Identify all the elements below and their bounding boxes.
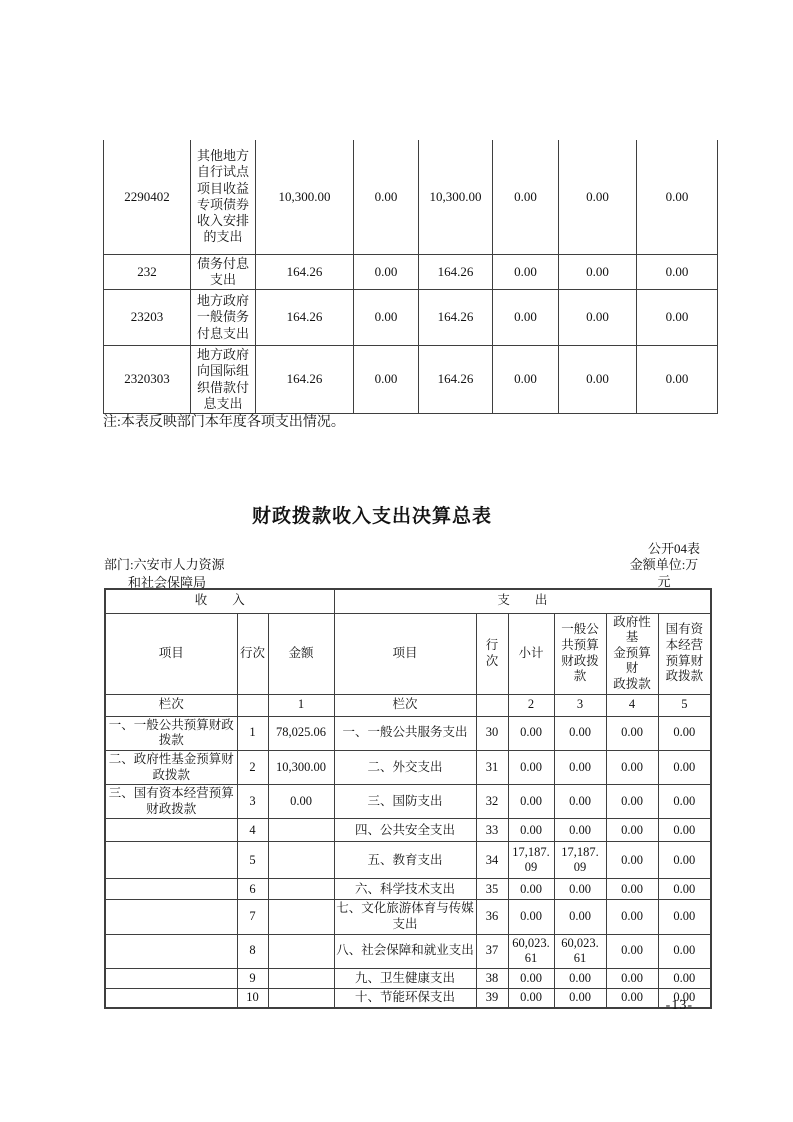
value-cell: 0.00 [559,290,637,346]
value-cell: 164.26 [256,346,354,414]
general-budget-header: 一般公 共预算 财政拨 款 [554,613,606,694]
income-line-cell: 5 [237,842,268,879]
subtotal-cell: 0.00 [508,716,554,750]
state-capital-cell: 0.00 [658,842,711,879]
income-item-cell: 一、一般公共预算财政 拨款 [105,716,237,750]
table-row: 232 债务付息 支出 164.26 0.00 164.26 0.00 0.00… [104,254,718,290]
income-line-cell: 1 [237,716,268,750]
amount-unit-label: 金额单位:万 元 [623,556,705,590]
page-number: -13- [666,998,693,1014]
state-capital-cell: 0.00 [658,879,711,900]
item-name-cell: 地方政府 向国际组 织借款付 息支出 [191,346,256,414]
value-cell: 0.00 [637,346,718,414]
expense-item-cell: 三、国防支出 [334,785,476,819]
income-amount-cell [268,879,334,900]
value-cell: 0.00 [493,290,559,346]
expense-line-cell: 30 [476,716,508,750]
expense-item-index: 栏次 [334,694,476,716]
general-budget-cell: 0.00 [554,879,606,900]
subtotal-cell: 0.00 [508,819,554,842]
value-cell: 0.00 [559,254,637,290]
gov-fund-header: 政府性基 金预算财 政拨款 [606,613,658,694]
income-amount-cell: 10,300.00 [268,750,334,784]
general-budget-cell: 60,023. 61 [554,934,606,968]
value-cell: 0.00 [354,346,419,414]
subtotal-cell: 0.00 [508,900,554,934]
expense-line-cell: 36 [476,900,508,934]
subtotal-index: 2 [508,694,554,716]
general-budget-cell: 0.00 [554,716,606,750]
income-item-cell [105,900,237,934]
page-title: 财政拨款收入支出决算总表 [104,501,710,528]
gov-fund-cell: 0.00 [606,785,658,819]
income-line-cell: 8 [237,934,268,968]
state-capital-cell: 0.00 [658,819,711,842]
value-cell: 0.00 [493,346,559,414]
state-capital-cell: 0.00 [658,900,711,934]
department-label: 部门:六安市人力资源 和社会保障局 [104,556,225,592]
table-row: 7 七、文化旅游体育与传媒 支出 36 0.00 0.00 0.00 0.00 [105,900,711,934]
income-amount-cell [268,988,334,1008]
value-cell: 0.00 [354,254,419,290]
income-item-header: 项目 [105,613,237,694]
income-item-cell [105,842,237,879]
income-line-cell: 9 [237,968,268,988]
expense-line-index [476,694,508,716]
expense-item-cell: 七、文化旅游体育与传媒 支出 [334,900,476,934]
column-header-row: 项目 行次 金额 项目 行 次 小计 一般公 共预算 财政拨 款 政府性基 金预… [105,613,711,694]
expense-line-cell: 35 [476,879,508,900]
income-line-header: 行次 [237,613,268,694]
expense-line-cell: 38 [476,968,508,988]
expense-line-cell: 37 [476,934,508,968]
general-budget-cell: 17,187. 09 [554,842,606,879]
expense-item-cell: 八、社会保障和就业支出 [334,934,476,968]
gov-fund-cell: 0.00 [606,879,658,900]
column-index-row: 栏次 1 栏次 2 3 4 5 [105,694,711,716]
value-cell: 0.00 [559,346,637,414]
table-row: 8 八、社会保障和就业支出 37 60,023. 61 60,023. 61 0… [105,934,711,968]
subtotal-cell: 0.00 [508,750,554,784]
income-item-cell [105,988,237,1008]
table-row: 一、一般公共预算财政 拨款 1 78,025.06 一、一般公共服务支出 30 … [105,716,711,750]
income-amount-cell [268,968,334,988]
subtotal-cell: 0.00 [508,879,554,900]
document-page: 2290402 其他地方 自行试点 项目收益 专项债券 收入安排 的支出 10,… [0,0,793,1122]
item-name-cell: 债务付息 支出 [191,254,256,290]
value-cell: 0.00 [637,254,718,290]
subtotal-cell: 17,187. 09 [508,842,554,879]
value-cell: 0.00 [559,140,637,254]
value-cell: 0.00 [354,290,419,346]
expense-item-cell: 六、科学技术支出 [334,879,476,900]
table-row: 5 五、教育支出 34 17,187. 09 17,187. 09 0.00 0… [105,842,711,879]
expense-line-cell: 31 [476,750,508,784]
expense-item-cell: 五、教育支出 [334,842,476,879]
gov-fund-cell: 0.00 [606,750,658,784]
income-line-cell: 3 [237,785,268,819]
value-cell: 10,300.00 [256,140,354,254]
subtotal-cell: 0.00 [508,785,554,819]
general-budget-cell: 0.00 [554,750,606,784]
subtotal-cell: 60,023. 61 [508,934,554,968]
department-line-1: 部门:六安市人力资源 [104,556,225,574]
form-number-label: 公开04表 [648,538,700,557]
value-cell: 164.26 [256,254,354,290]
group-header-row: 收 入 支 出 [105,589,711,613]
income-item-index: 栏次 [105,694,237,716]
income-line-index [237,694,268,716]
income-line-cell: 2 [237,750,268,784]
income-amount-cell [268,842,334,879]
table-row: 2290402 其他地方 自行试点 项目收益 专项债券 收入安排 的支出 10,… [104,140,718,254]
general-budget-cell: 0.00 [554,819,606,842]
gov-fund-cell: 0.00 [606,716,658,750]
income-item-cell [105,879,237,900]
expense-item-cell: 一、一般公共服务支出 [334,716,476,750]
value-cell: 164.26 [419,254,493,290]
state-capital-cell: 0.00 [658,716,711,750]
expense-item-header: 项目 [334,613,476,694]
value-cell: 164.26 [256,290,354,346]
gov-fund-cell: 0.00 [606,842,658,879]
income-item-cell [105,934,237,968]
expense-line-cell: 32 [476,785,508,819]
gov-fund-cell: 0.00 [606,819,658,842]
income-amount-cell: 0.00 [268,785,334,819]
value-cell: 164.26 [419,346,493,414]
value-cell: 0.00 [637,140,718,254]
expense-line-header: 行 次 [476,613,508,694]
table-row: 23203 地方政府 一般债务 付息支出 164.26 0.00 164.26 … [104,290,718,346]
code-cell: 2290402 [104,140,191,254]
code-cell: 2320303 [104,346,191,414]
table-note: 注:本表反映部门本年度各项支出情况。 [103,411,345,431]
expense-item-cell: 四、公共安全支出 [334,819,476,842]
income-amount-header: 金额 [268,613,334,694]
value-cell: 0.00 [493,140,559,254]
income-amount-cell [268,819,334,842]
value-cell: 164.26 [419,290,493,346]
general-budget-cell: 0.00 [554,968,606,988]
table-row: 9 九、卫生健康支出 38 0.00 0.00 0.00 0.00 [105,968,711,988]
income-amount-cell [268,934,334,968]
income-group-header: 收 入 [105,589,334,613]
table-row: 三、国有资本经营预算 财政拨款 3 0.00 三、国防支出 32 0.00 0.… [105,785,711,819]
income-amount-index: 1 [268,694,334,716]
state-capital-index: 5 [658,694,711,716]
gov-fund-cell: 0.00 [606,968,658,988]
general-budget-index: 3 [554,694,606,716]
income-item-cell [105,968,237,988]
code-cell: 23203 [104,290,191,346]
value-cell: 0.00 [493,254,559,290]
table-row: 2320303 地方政府 向国际组 织借款付 息支出 164.26 0.00 1… [104,346,718,414]
subtotal-header: 小计 [508,613,554,694]
table-row: 6 六、科学技术支出 35 0.00 0.00 0.00 0.00 [105,879,711,900]
value-cell: 0.00 [637,290,718,346]
value-cell: 10,300.00 [419,140,493,254]
income-amount-cell [268,900,334,934]
expense-item-cell: 十、节能环保支出 [334,988,476,1008]
income-line-cell: 10 [237,988,268,1008]
value-cell: 0.00 [354,140,419,254]
expense-group-header: 支 出 [334,589,711,613]
general-budget-cell: 0.00 [554,900,606,934]
state-capital-cell: 0.00 [658,785,711,819]
state-capital-cell: 0.00 [658,934,711,968]
gov-fund-cell: 0.00 [606,988,658,1008]
gov-fund-cell: 0.00 [606,934,658,968]
expense-item-cell: 九、卫生健康支出 [334,968,476,988]
state-capital-cell: 0.00 [658,750,711,784]
income-item-cell: 三、国有资本经营预算 财政拨款 [105,785,237,819]
expense-line-cell: 33 [476,819,508,842]
expense-line-cell: 34 [476,842,508,879]
subtotal-cell: 0.00 [508,988,554,1008]
general-budget-cell: 0.00 [554,785,606,819]
subtotal-cell: 0.00 [508,968,554,988]
item-name-cell: 地方政府 一般债务 付息支出 [191,290,256,346]
expense-item-cell: 二、外交支出 [334,750,476,784]
expense-line-cell: 39 [476,988,508,1008]
item-name-cell: 其他地方 自行试点 项目收益 专项债券 收入安排 的支出 [191,140,256,254]
expenditure-continuation-table: 2290402 其他地方 自行试点 项目收益 专项债券 收入安排 的支出 10,… [103,140,718,414]
table-row: 10 十、节能环保支出 39 0.00 0.00 0.00 0.00 [105,988,711,1008]
table-row: 二、政府性基金预算财 政拨款 2 10,300.00 二、外交支出 31 0.0… [105,750,711,784]
general-budget-cell: 0.00 [554,988,606,1008]
income-line-cell: 4 [237,819,268,842]
state-capital-header: 国有资 本经营 预算财 政拨款 [658,613,711,694]
gov-fund-cell: 0.00 [606,900,658,934]
gov-fund-index: 4 [606,694,658,716]
income-line-cell: 6 [237,879,268,900]
income-line-cell: 7 [237,900,268,934]
state-capital-cell: 0.00 [658,968,711,988]
code-cell: 232 [104,254,191,290]
fiscal-summary-table: 收 入 支 出 项目 行次 金额 项目 行 次 小计 一般公 共预算 财政拨 款… [104,588,712,1009]
table-row: 4 四、公共安全支出 33 0.00 0.00 0.00 0.00 [105,819,711,842]
income-item-cell [105,819,237,842]
income-item-cell: 二、政府性基金预算财 政拨款 [105,750,237,784]
income-amount-cell: 78,025.06 [268,716,334,750]
